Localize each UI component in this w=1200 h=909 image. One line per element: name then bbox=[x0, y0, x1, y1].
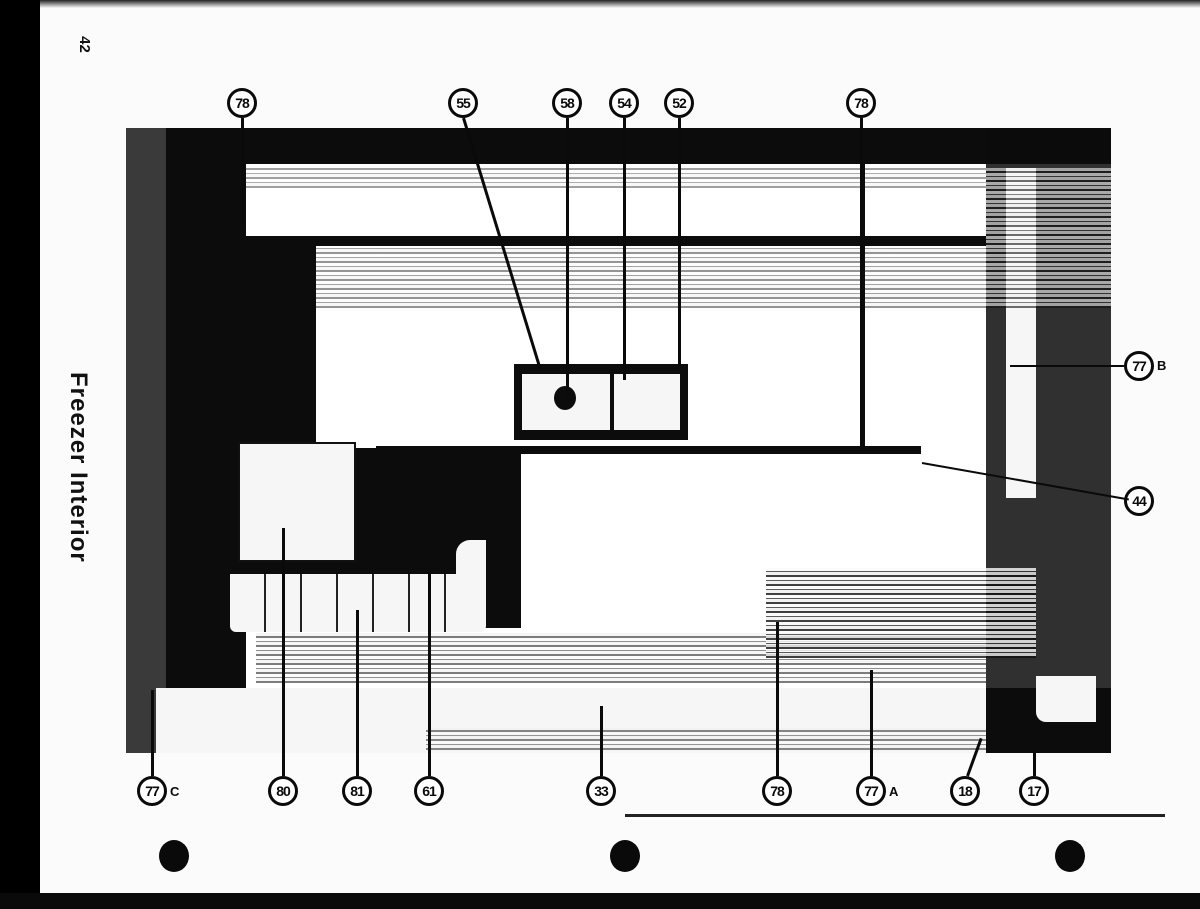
callout-78-top-right: 78 bbox=[846, 88, 876, 118]
upper-shelf-edge bbox=[186, 236, 986, 246]
freezer-top-frame bbox=[126, 128, 1111, 164]
callout-17: 17 bbox=[1019, 776, 1049, 806]
callout-77c-suffix: C bbox=[170, 784, 179, 799]
ice-tray bbox=[230, 574, 480, 632]
callout-77b: 77 bbox=[1124, 351, 1154, 381]
callout-52: 52 bbox=[664, 88, 694, 118]
callout-55: 55 bbox=[448, 88, 478, 118]
bottom-rule bbox=[625, 814, 1165, 817]
scan-edge-top bbox=[40, 0, 1200, 8]
scan-edge-bottom bbox=[0, 893, 1200, 909]
callout-81: 81 bbox=[342, 776, 372, 806]
callout-77c: 77 bbox=[137, 776, 167, 806]
callout-77b-suffix: B bbox=[1157, 358, 1166, 373]
callout-78-top-left: 78 bbox=[227, 88, 257, 118]
binder-hole-right bbox=[1055, 840, 1085, 872]
callout-18: 18 bbox=[950, 776, 980, 806]
callout-33: 33 bbox=[586, 776, 616, 806]
drain-fitting bbox=[1036, 676, 1096, 722]
callout-61: 61 bbox=[414, 776, 444, 806]
callout-44: 44 bbox=[1124, 486, 1154, 516]
ice-bin-door bbox=[238, 442, 356, 562]
binder-hole-left bbox=[159, 840, 189, 872]
callout-77a-suffix: A bbox=[889, 784, 898, 799]
temperature-dial-icon bbox=[554, 386, 576, 410]
callout-54: 54 bbox=[609, 88, 639, 118]
left-shadow bbox=[166, 246, 316, 446]
freezer-left-edge bbox=[126, 128, 166, 753]
freezer-interior-photo bbox=[126, 128, 1111, 753]
callout-77a: 77 bbox=[856, 776, 886, 806]
callout-58: 58 bbox=[552, 88, 582, 118]
figure-title: Freezer Interior bbox=[64, 372, 92, 563]
page-number: 42 bbox=[76, 36, 93, 53]
control-panel-right bbox=[614, 374, 680, 430]
binder-hole-center bbox=[610, 840, 640, 872]
callout-78-bottom: 78 bbox=[762, 776, 792, 806]
callout-80: 80 bbox=[268, 776, 298, 806]
